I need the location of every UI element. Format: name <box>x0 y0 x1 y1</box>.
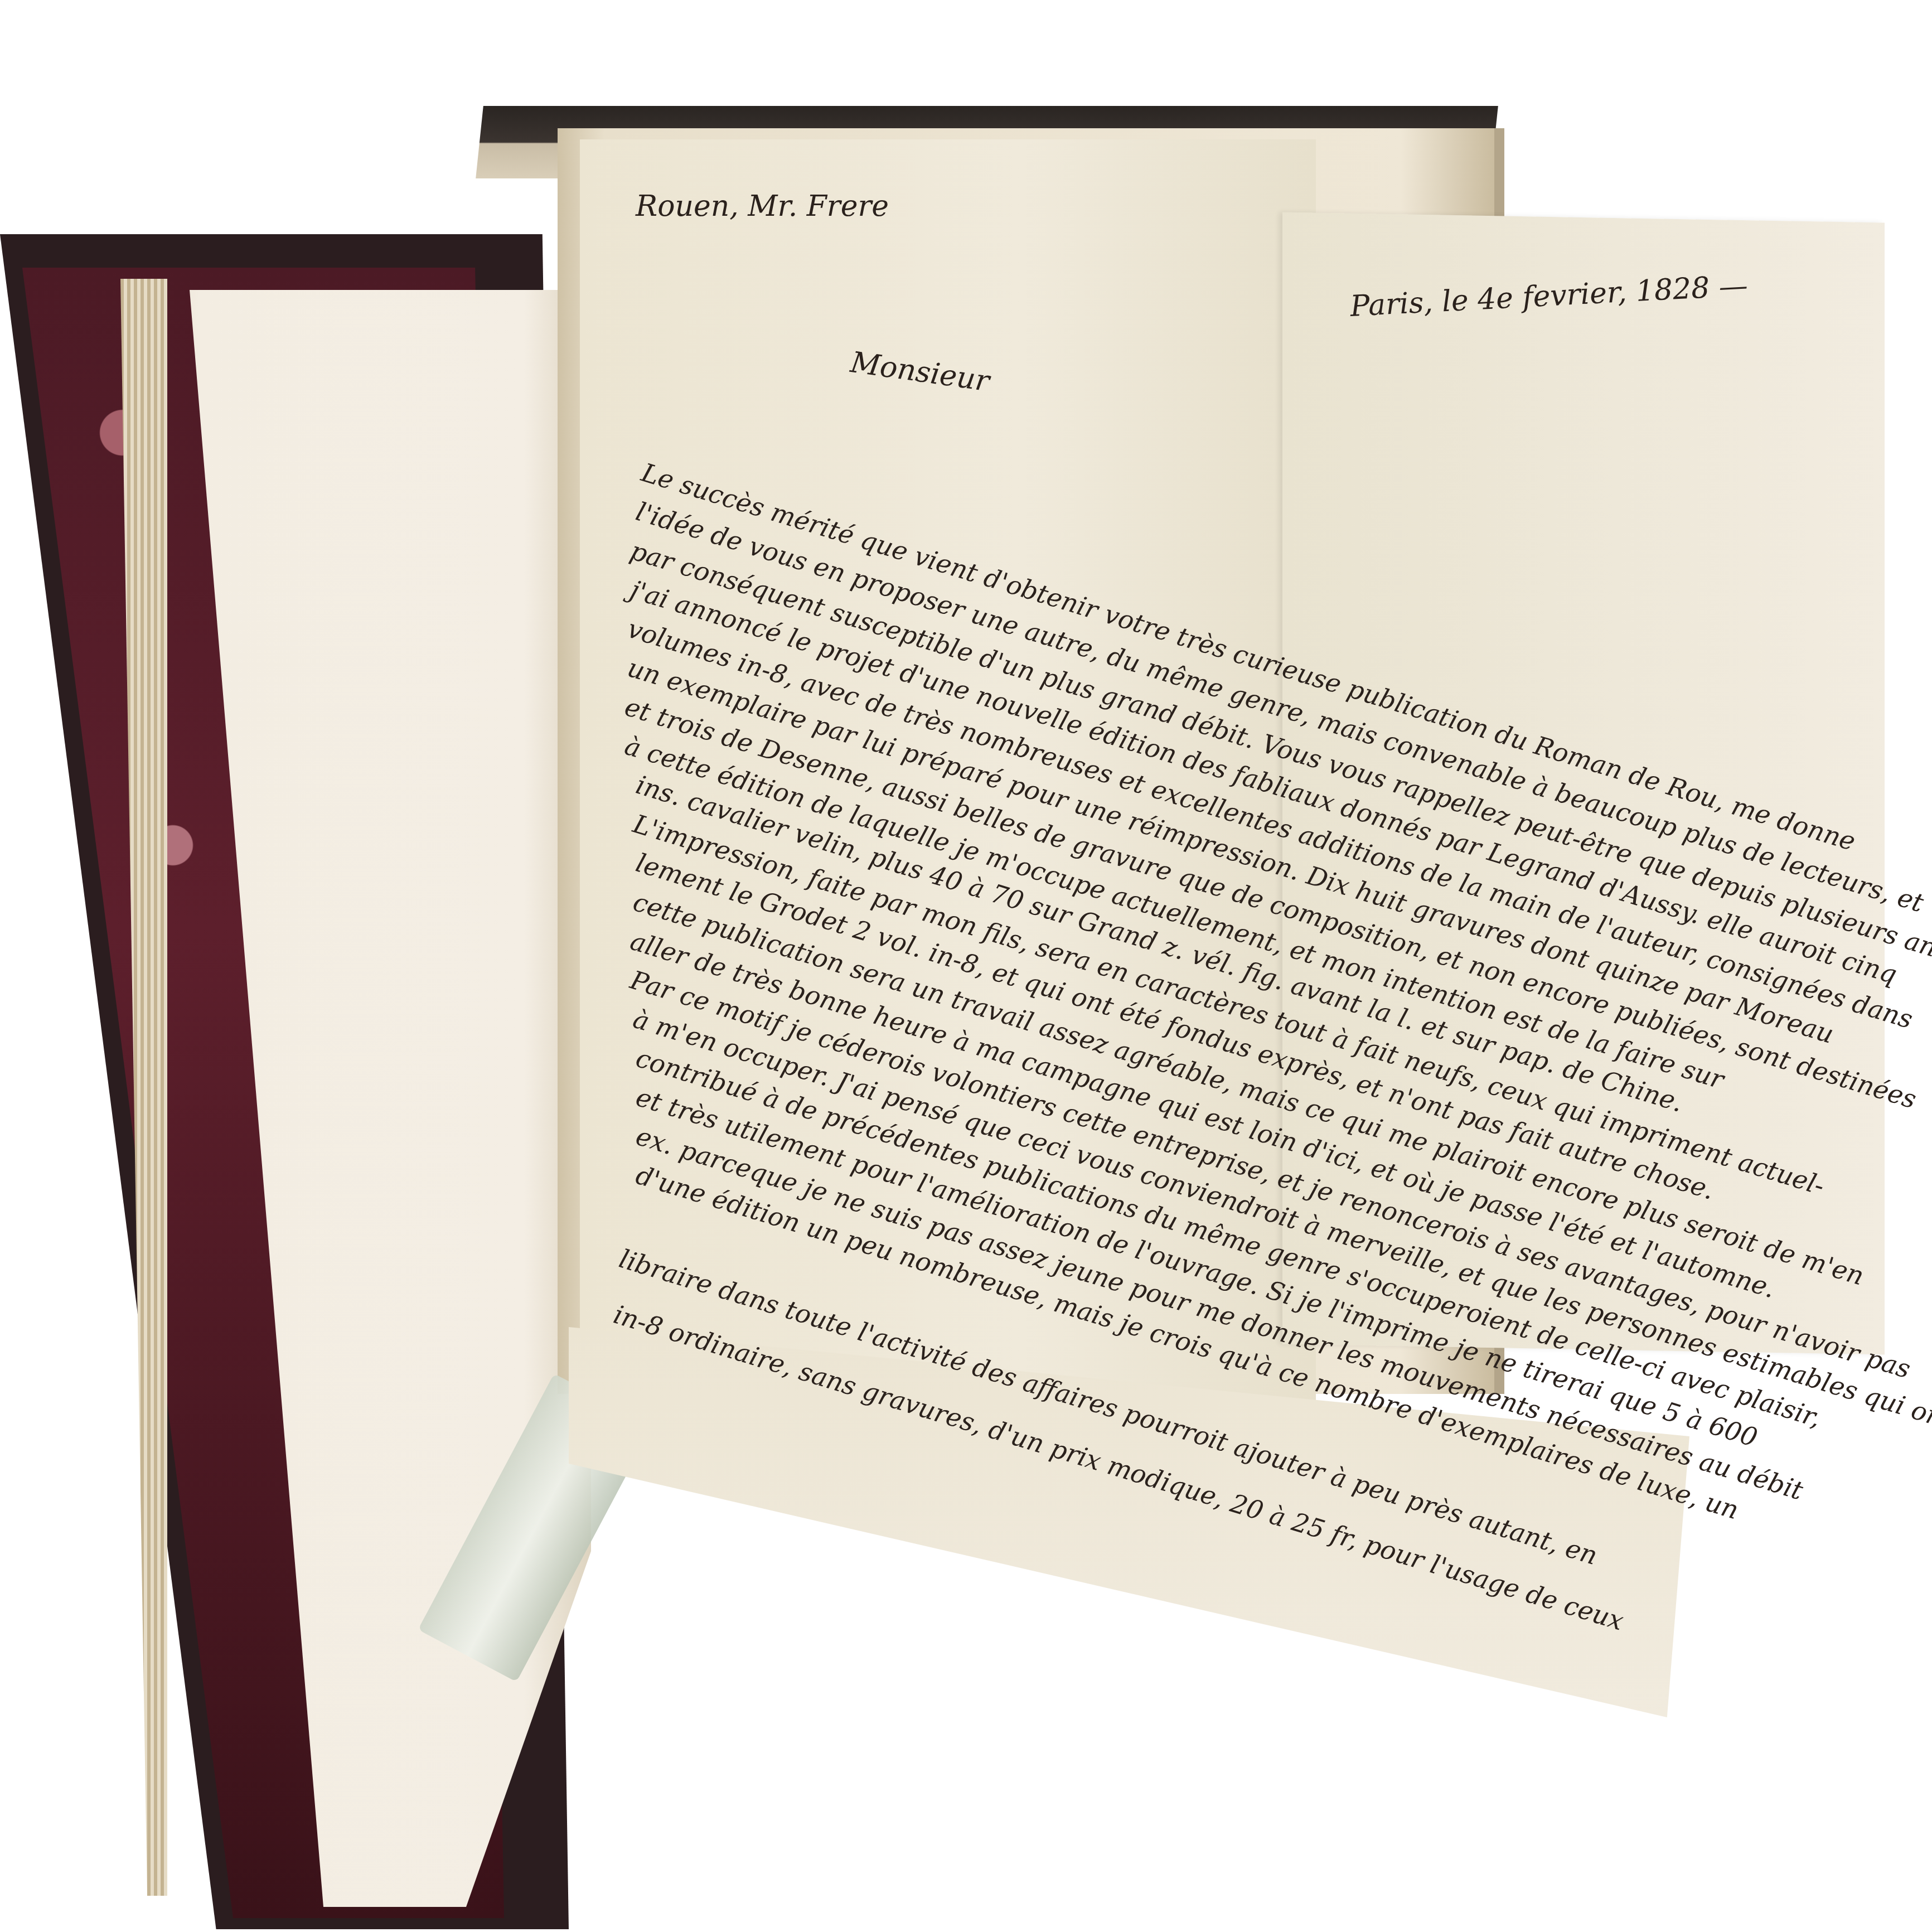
book-photograph: Rouen, Mr. Frere Paris, le 4e fevrier, 1… <box>0 0 1932 1932</box>
letter-address: Rouen, Mr. Frere <box>636 190 889 223</box>
